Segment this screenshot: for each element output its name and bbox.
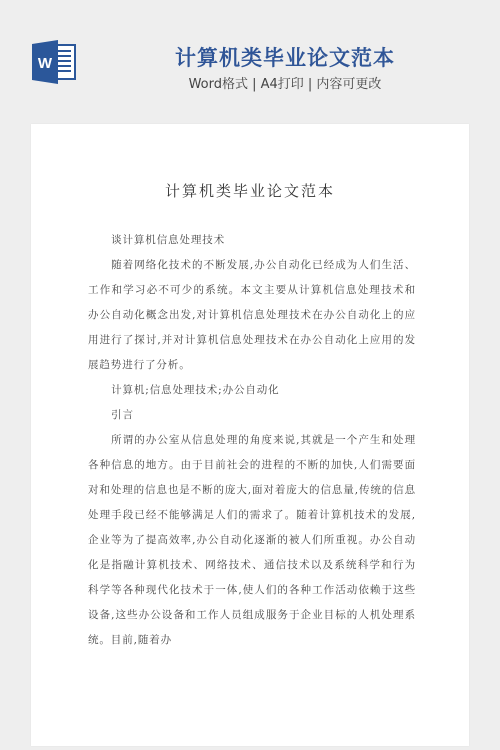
- abstract-paragraph: 随着网络化技术的不断发展,办公自动化已经成为人们生活、工作和学习必不可少的系统。…: [88, 253, 416, 378]
- main-title: 计算机类毕业论文范本: [160, 44, 410, 72]
- subtitle: Word格式 | A4打印 | 内容可更改: [160, 76, 410, 94]
- document-title: 计算机类毕业论文范本: [31, 180, 469, 201]
- word-document-icon: W: [32, 40, 77, 84]
- keywords-line: 计算机;信息处理技术;办公自动化: [88, 378, 416, 403]
- introduction-heading: 引言: [88, 403, 416, 428]
- introduction-paragraph: 所谓的办公室从信息处理的角度来说,其就是一个产生和处理各种信息的地方。由于目前社…: [88, 428, 416, 653]
- document-body: 谈计算机信息处理技术 随着网络化技术的不断发展,办公自动化已经成为人们生活、工作…: [88, 228, 416, 653]
- title-block: 计算机类毕业论文范本 Word格式 | A4打印 | 内容可更改: [160, 44, 410, 94]
- section-heading: 谈计算机信息处理技术: [88, 228, 416, 253]
- svg-text:W: W: [38, 55, 53, 72]
- header: W 计算机类毕业论文范本 Word格式 | A4打印 | 内容可更改: [0, 0, 500, 120]
- document-page: 计算机类毕业论文范本 谈计算机信息处理技术 随着网络化技术的不断发展,办公自动化…: [31, 124, 469, 746]
